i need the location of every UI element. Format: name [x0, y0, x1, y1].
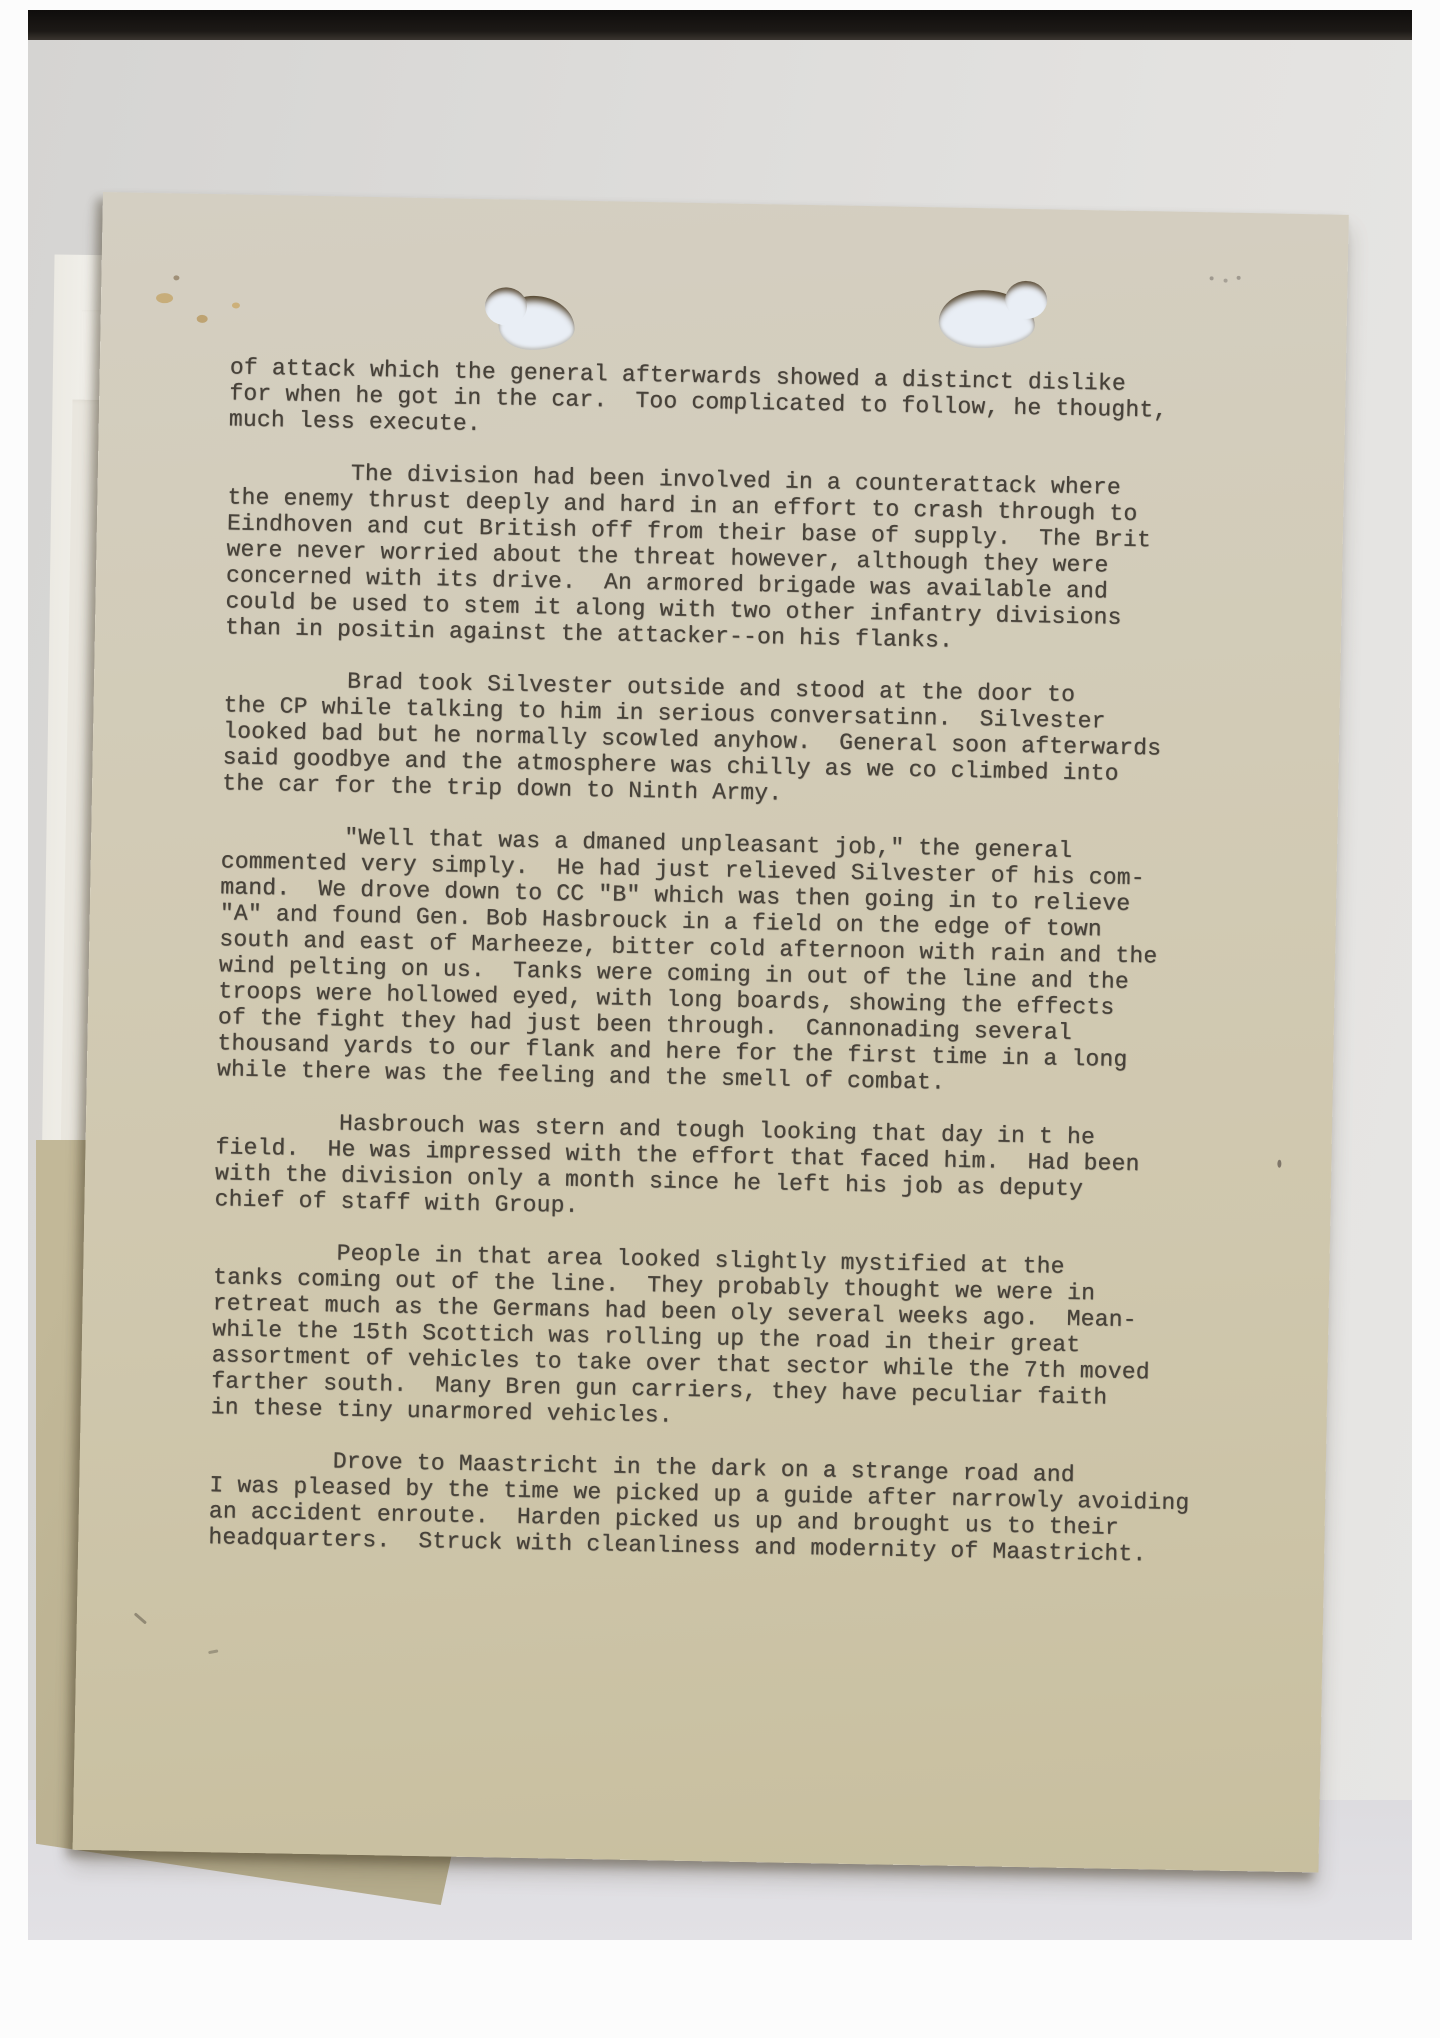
paragraph: "Well that was a dmaned unpleasant job,"…	[217, 822, 1252, 1101]
paper-stain	[197, 315, 208, 323]
ink-speck	[1277, 1160, 1281, 1168]
typewritten-text: of attack which the general afterwards s…	[208, 354, 1260, 1569]
paragraph: The division had been involved in a coun…	[225, 458, 1258, 659]
pencil-mark	[208, 1649, 218, 1654]
punch-hole-left-lobe	[485, 287, 528, 326]
punch-hole-left	[498, 295, 575, 350]
paper-stain	[232, 302, 240, 308]
punch-hole-right	[938, 289, 1035, 349]
paper-stain	[173, 275, 179, 280]
document-page: of attack which the general afterwards s…	[73, 192, 1349, 1873]
paragraph: Brad took Silvester outside and stood at…	[222, 666, 1254, 815]
paragraph: of attack which the general afterwards s…	[229, 354, 1260, 451]
punch-hole-right-lobe	[1005, 281, 1048, 320]
paragraph: Hasbrouch was stern and tough looking th…	[214, 1108, 1246, 1231]
photo-canvas: of attack which the general afterwards s…	[28, 10, 1412, 1940]
paper-stain	[156, 293, 173, 303]
top-black-bar	[28, 10, 1412, 40]
paragraph: People in that area looked slightly myst…	[211, 1238, 1244, 1439]
paragraph: Drove to Maastricht in the dark on a str…	[208, 1446, 1240, 1569]
pencil-mark	[134, 1612, 147, 1624]
paper-specks	[1210, 276, 1214, 280]
